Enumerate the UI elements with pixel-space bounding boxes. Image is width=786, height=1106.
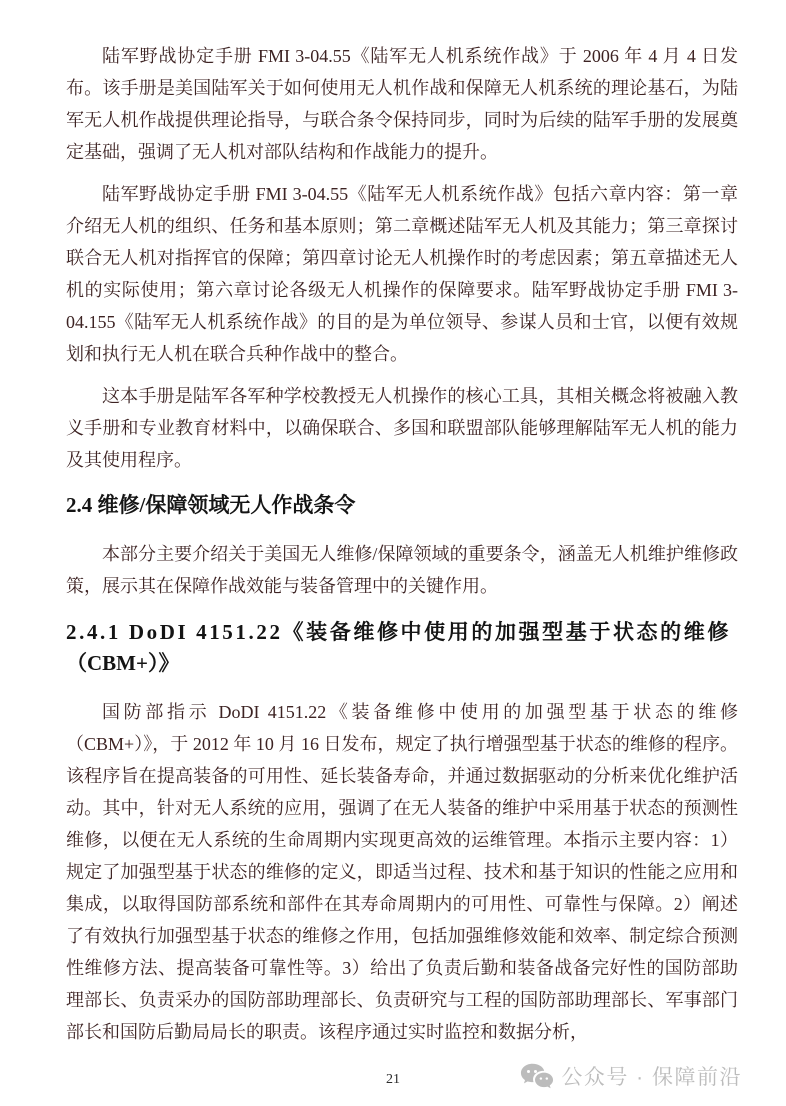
paragraph-section-2-4-intro: 本部分主要介绍关于美国无人维修/保障领域的重要条令，涵盖无人机维护维修政策，展示… xyxy=(66,538,738,602)
paragraph-dodi-4151-22-body: 国防部指示 DoDI 4151.22《装备维修中使用的加强型基于状态的维修（CB… xyxy=(66,696,738,1048)
watermark-text: 公众号 · 保障前沿 xyxy=(561,1061,742,1091)
section-2-4-1-heading: 2.4.1 DoDI 4151.22《装备维修中使用的加强型基于状态的维修 （C… xyxy=(66,617,738,679)
section-2-4-1-heading-line1: 2.4.1 DoDI 4151.22《装备维修中使用的加强型基于状态的维修 xyxy=(66,617,738,648)
section-2-4-1-heading-line2: （CBM+）》 xyxy=(66,648,738,679)
paragraph-fmi-304-55-chapters: 陆军野战协定手册 FMI 3-04.55《陆军无人机系统作战》包括六章内容：第一… xyxy=(66,178,738,370)
section-2-4-heading: 2.4 维修/保障领域无人作战条令 xyxy=(66,490,738,520)
paragraph-fmi-304-55-overview: 陆军野战协定手册 FMI 3-04.55《陆军无人机系统作战》于 2006 年 … xyxy=(66,40,738,168)
watermark: 公众号 · 保障前沿 xyxy=(520,1061,742,1091)
wechat-icon xyxy=(520,1062,554,1091)
paragraph-manual-training-use: 这本手册是陆军各军种学校教授无人机操作的核心工具，其相关概念将被融入教义手册和专… xyxy=(66,380,738,476)
document-page: 陆军野战协定手册 FMI 3-04.55《陆军无人机系统作战》于 2006 年 … xyxy=(0,0,786,1106)
